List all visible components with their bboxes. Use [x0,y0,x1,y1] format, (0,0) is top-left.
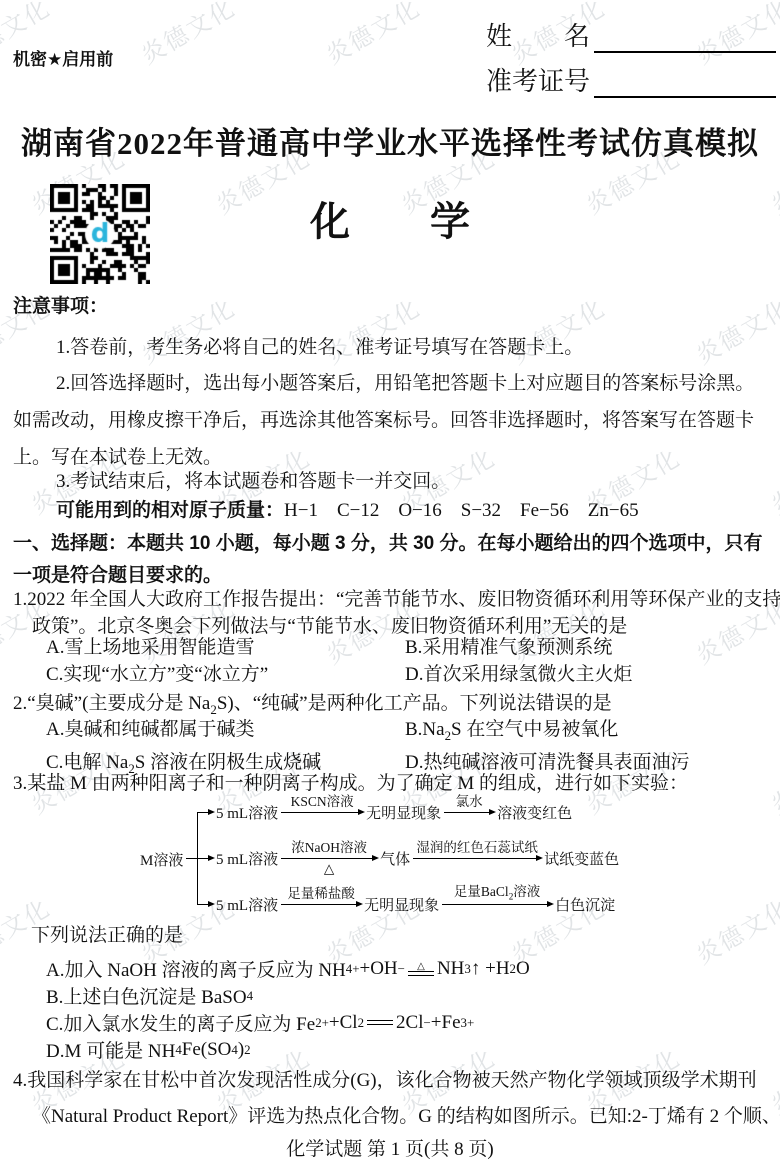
question-1-text: 1.2022 年全国人大政府工作报告提出：“完善节能节水、废旧物资循环利用等环保… [13,586,780,640]
notices-heading: 注意事项： [13,291,108,318]
q2-option-b: B.Na2S 在空气中易被氧化 [405,716,689,749]
name-row: 姓 名 [486,8,776,53]
diagram-flow-row-1: 5 mL溶液 KSCN溶液 无明显现象 氯水 溶液变红色 [216,800,572,824]
q2-option-a: A.臭碱和纯碱都属于碱类 [46,716,405,749]
reagent-label: 足量稀盐酸 [287,882,355,902]
diagram-source-label: M溶液 [140,849,183,870]
page-footer: 化学试题 第 1 页(共 8 页) [0,1134,780,1161]
exam-title: 湖南省2022年普通高中学业水平选择性考试仿真模拟 [0,118,780,163]
result-label: 气体 [380,848,410,869]
reagent-label: 浓NaOH溶液 [291,836,367,856]
result-label: 无明显现象 [366,802,441,823]
notice-item-2: 2.回答选择题时，选出每小题答案后，用铅笔把答题卡上对应题目的答案标号涂黑。如需… [13,365,771,476]
q1-option-d: D.首次采用绿氢微火主火炬 [405,661,632,688]
sample-label: 5 mL溶液 [216,894,278,915]
q3-prompt: 下列说法正确的是 [31,922,183,949]
diagram-flow-row-3: 5 mL溶液 足量稀盐酸 无明显现象 足量BaCl2溶液 白色沉淀 [216,892,615,916]
question-4-text: 4.我国科学家在甘松中首次发现活性成分(G)，该化合物被天然产物化学领域顶级学术… [13,1063,780,1135]
exam-no-underline [594,62,776,98]
diagram-flow-row-2: 5 mL溶液 浓NaOH溶液△ 气体 湿润的红色石蕊试纸 试纸变蓝色 [216,846,619,870]
notice-item-1: 1.答卷前，考生务必将自己的姓名、准考证号填写在答题卡上。 [56,329,583,366]
exam-no-label: 准考证号 [486,61,594,98]
subject-title: 化 学 [0,190,780,247]
reaction-arrow-icon: KSCN溶液 [281,812,363,813]
reagent-label: 氯水 [456,790,483,810]
branch-arrow-icon [197,904,209,905]
reagent-label: KSCN溶液 [291,790,354,810]
secrecy-label: 机密★启用前 [13,45,113,70]
result-label: 溶液变红色 [497,802,572,823]
reaction-arrow-icon: 足量BaCl2溶液 [442,904,552,905]
q3-option-a: A.加入 NaOH 溶液的离子反应为 NH4+ +OH−△NH3↑ +H2O [46,955,530,982]
result-label: 白色沉淀 [555,894,615,915]
diagram-connector-line [186,858,197,859]
question-3-options: A.加入 NaOH 溶液的离子反应为 NH4+ +OH−△NH3↑ +H2O B… [46,955,530,1063]
reagent-label: 足量BaCl2溶液 [454,880,540,902]
result-label: 无明显现象 [364,894,439,915]
q3-experiment-diagram: M溶液 5 mL溶液 KSCN溶液 无明显现象 氯水 溶液变红色 5 mL溶液 … [140,796,760,928]
exam-page: 炎德文化炎德文化炎德文化炎德文化炎德文化炎德文化炎德文化炎德文化炎德文化炎德文化… [0,0,780,1171]
q3-option-b: B.上述白色沉淀是 BaSO4 [46,982,530,1009]
reaction-arrow-icon: 浓NaOH溶液△ [281,858,377,859]
q1-option-c: C.实现“水立方”变“冰立方” [46,661,405,688]
question-1-options: A.雪上场地采用智能造雪 B.采用精准气象预测系统 C.实现“水立方”变“冰立方… [46,634,632,688]
reaction-arrow-icon: 氯水 [444,812,494,813]
atomic-mass-label: 可能用到的相对原子质量： [56,500,284,521]
reaction-arrow-icon: 湿润的红色石蕊试纸 [413,858,541,859]
exam-no-row: 准考证号 [486,53,776,98]
section-heading: 一、选择题：本题共 10 小题，每小题 3 分，共 30 分。在每小题给出的四个… [13,528,773,592]
candidate-info: 姓 名 准考证号 [486,8,776,98]
branch-arrow-icon [197,812,209,813]
q3-option-d: D.M 可能是 NH4Fe(SO4)2 [46,1036,530,1063]
sample-label: 5 mL溶液 [216,802,278,823]
result-label: 试纸变蓝色 [544,848,619,869]
name-label: 姓 名 [486,16,594,53]
heat-symbol: △ [324,861,334,877]
atomic-mass-values: H−1 C−12 O−16 S−32 Fe−56 Zn−65 [284,500,639,521]
name-underline [594,17,776,53]
branch-arrow-icon [197,858,209,859]
question-3-text: 3.某盐 M 由两种阳离子和一种阴离子构成。为了确定 M 的组成，进行如下实验： [13,770,780,797]
q3-option-c: C.加入氯水发生的离子反应为 Fe2+ +Cl22Cl− +Fe3+ [46,1009,530,1036]
atomic-mass-line: 可能用到的相对原子质量：H−1 C−12 O−16 S−32 Fe−56 Zn−… [56,495,639,522]
content-layer: 机密★启用前 姓 名 准考证号 湖南省2022年普通高中学业水平选择性考试仿真模… [0,0,780,1171]
reaction-arrow-icon: 足量稀盐酸 [281,904,361,905]
q1-option-a: A.雪上场地采用智能造雪 [46,634,405,661]
reagent-label: 湿润的红色石蕊试纸 [416,836,538,856]
sample-label: 5 mL溶液 [216,848,278,869]
q1-option-b: B.采用精准气象预测系统 [405,634,632,661]
